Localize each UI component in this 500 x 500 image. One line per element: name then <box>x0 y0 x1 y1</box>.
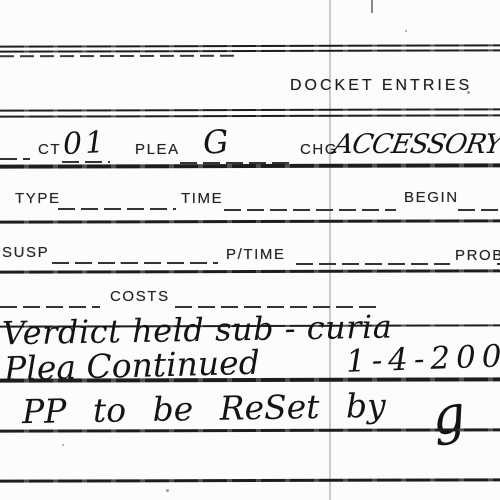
blank-lead <box>0 158 30 160</box>
field-ct-label: CT <box>38 141 61 158</box>
blank-costs-lead <box>0 306 100 308</box>
blank-ptime <box>296 263 450 265</box>
blank-type <box>58 208 176 210</box>
blank-susp <box>52 262 218 264</box>
field-plea-value: G <box>202 125 230 159</box>
blank-begin <box>458 209 500 211</box>
handwritten-entry-2-date: 1-4-200 <box>346 341 500 378</box>
form-title: DOCKET ENTRIES <box>290 77 472 95</box>
handwritten-entry-3-cutoff-letter: g <box>429 388 469 444</box>
field-chg-value: ACCESSORY <box>332 131 500 158</box>
rule-below-type-row <box>0 219 500 223</box>
field-susp-label: SUSP <box>2 244 49 261</box>
handwritten-entry-3: PP to be ReSet by <box>22 389 386 428</box>
field-costs-label: COSTS <box>110 288 170 305</box>
field-type-label: TYPE <box>15 190 61 207</box>
rule-header-top-ghost <box>0 55 235 58</box>
scan-speck <box>62 444 64 446</box>
rule-entry-3 <box>0 428 500 432</box>
rule-entry-2 <box>0 377 500 382</box>
rule-header-top-1 <box>0 44 500 47</box>
blank-ct <box>62 161 110 163</box>
rule-below-title-1 <box>0 108 500 111</box>
field-begin-label: BEGIN <box>404 189 459 206</box>
scan-speck <box>405 30 407 32</box>
rule-header-top-2 <box>0 49 500 52</box>
vertical-tick-mark <box>371 0 373 13</box>
rule-bottom <box>0 478 500 482</box>
field-plea-label: PLEA <box>135 141 180 158</box>
rule-below-susp-row <box>0 269 500 273</box>
field-ct-value: 01 <box>62 128 108 160</box>
field-ptime-label: P/TIME <box>226 246 286 263</box>
field-prob-label: PROB <box>455 247 500 264</box>
scan-speck <box>166 489 169 492</box>
rule-below-ct-row <box>0 163 500 168</box>
rule-below-title-2 <box>0 114 500 117</box>
scanned-docket-form: DOCKET ENTRIES CT 01 PLEA G CHG ACCESSOR… <box>0 0 500 500</box>
field-time-label: TIME <box>181 190 223 207</box>
blank-time <box>224 209 396 211</box>
